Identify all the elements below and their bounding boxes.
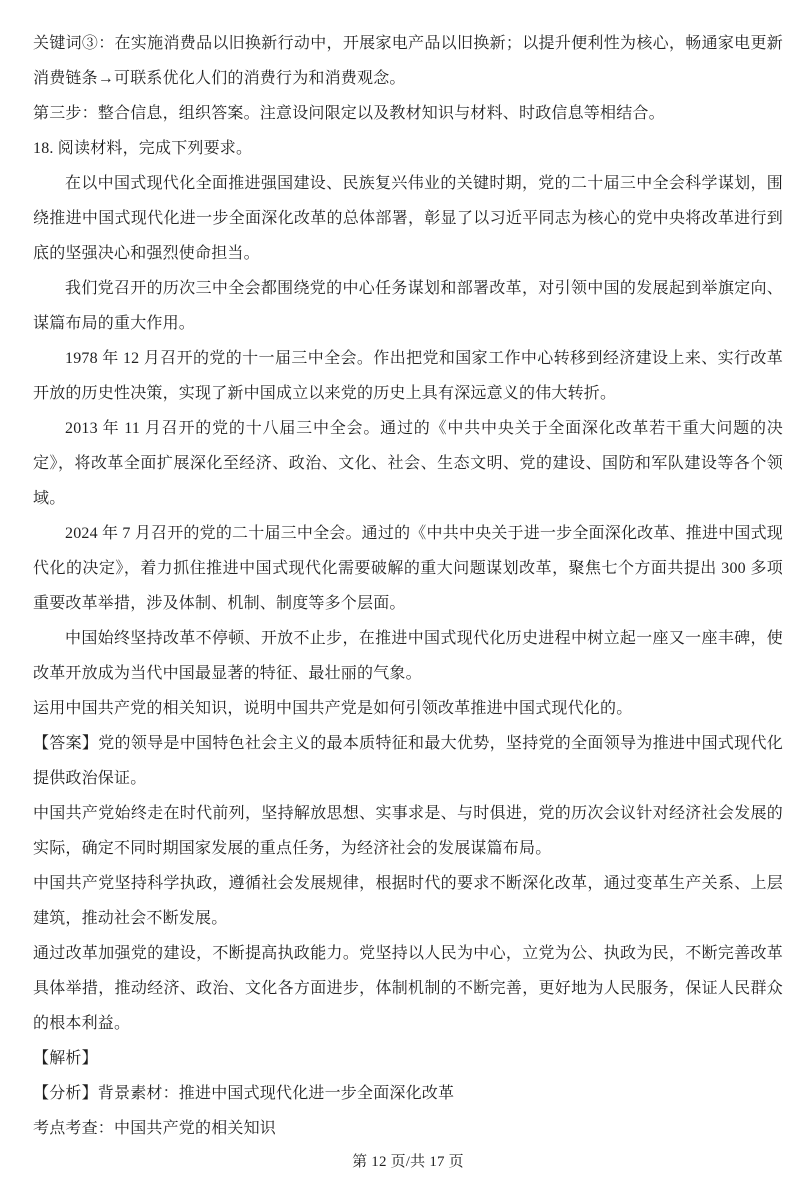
paragraph-keyword-3: 关键词③：在实施消费品以旧换新行动中，开展家电产品以旧换新；以提升便利性为核心，… xyxy=(33,26,783,96)
page-number-footer: 第 12 页/共 17 页 xyxy=(33,1146,783,1178)
answer-paragraph-4: 通过改革加强党的建设，不断提高执政能力。党坚持以人民为中心，立党为公、执政为民，… xyxy=(33,936,783,1041)
material-paragraph-2024: 2024 年 7 月召开的党的二十届三中全会。通过的《中共中央关于进一步全面深化… xyxy=(33,516,783,621)
paragraph-step-3: 第三步：整合信息，组织答案。注意设问限定以及教材知识与材料、时政信息等相结合。 xyxy=(33,96,783,131)
analysis-background: 【分析】背景素材：推进中国式现代化进一步全面深化改革 xyxy=(33,1076,783,1111)
answer-paragraph-2: 中国共产党始终走在时代前列，坚持解放思想、实事求是、与时俱进，党的历次会议针对经… xyxy=(33,796,783,866)
document-page: 关键词③：在实施消费品以旧换新行动中，开展家电产品以旧换新；以提升便利性为核心，… xyxy=(0,0,800,1182)
analysis-heading: 【解析】 xyxy=(33,1041,783,1076)
exam-point: 考点考查：中国共产党的相关知识 xyxy=(33,1111,783,1146)
answer-paragraph-3: 中国共产党坚持科学执政，遵循社会发展规律，根据时代的要求不断深化改革，通过变革生… xyxy=(33,866,783,936)
material-paragraph-summary: 中国始终坚持改革不停顿、开放不止步，在推进中国式现代化历史进程中树立起一座又一座… xyxy=(33,621,783,691)
question-18-heading: 18. 阅读材料，完成下列要求。 xyxy=(33,131,783,166)
answer-paragraph-1: 【答案】党的领导是中国特色社会主义的最本质特征和最大优势，坚持党的全面领导为推进… xyxy=(33,726,783,796)
material-paragraph-1: 在以中国式现代化全面推进强国建设、民族复兴伟业的关键时期，党的二十届三中全会科学… xyxy=(33,166,783,271)
material-paragraph-1978: 1978 年 12 月召开的党的十一届三中全会。作出把党和国家工作中心转移到经济… xyxy=(33,341,783,411)
material-paragraph-2013: 2013 年 11 月召开的党的十八届三中全会。通过的《中共中央关于全面深化改革… xyxy=(33,411,783,516)
material-paragraph-2: 我们党召开的历次三中全会都围绕党的中心任务谋划和部署改革，对引领中国的发展起到举… xyxy=(33,271,783,341)
question-prompt: 运用中国共产党的相关知识，说明中国共产党是如何引领改革推进中国式现代化的。 xyxy=(33,691,783,726)
